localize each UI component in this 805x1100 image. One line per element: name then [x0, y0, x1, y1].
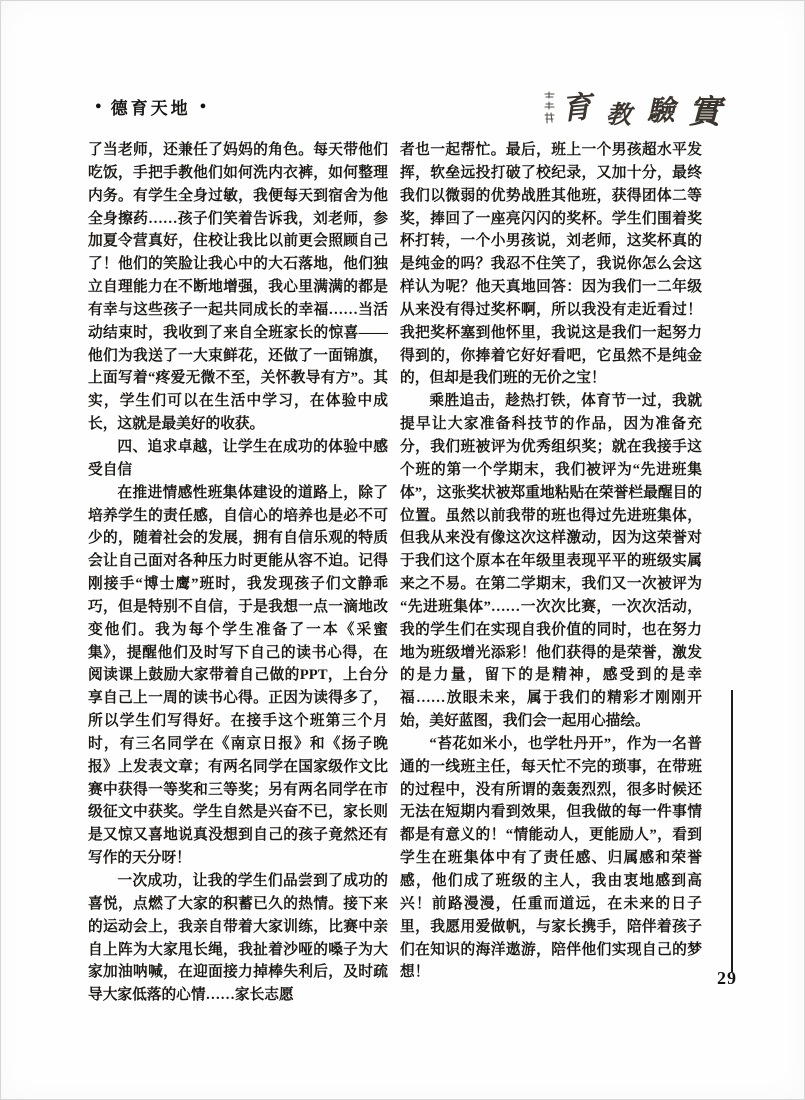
body-paragraph: 乘胜追击，趁热打铁，体育节一过，我就提早让大家准备科技节的作品，因为准备充分，我… — [400, 390, 702, 733]
body-paragraph: 了当老师，还兼任了妈妈的角色。每天带他们吃饭，手把手教他们如何洗内衣裤，如何整理… — [88, 139, 388, 436]
margin-divider-line — [731, 690, 733, 972]
body-paragraph: “苔花如米小，也学牡丹开”，作为一名普通的一线班主任，每天忙不完的琐事，在带班的… — [400, 733, 702, 984]
logo-calligraphy-char: 實 — [688, 97, 722, 131]
page-number: 29 — [717, 968, 737, 989]
body-paragraph: 在推进情感性班集体建设的道路上，除了培养学生的责任感，自信心的培养也是必不可少的… — [88, 482, 388, 870]
logo-calligraphy-char: 教 — [605, 102, 631, 128]
scanned-journal-page: ● 德育天地 ● 育 教 驗 實 了当老师，还兼任了妈妈的角色。每天带他们吃饭，… — [0, 0, 805, 1100]
logo-calligraphy-char: 驗 — [646, 98, 675, 127]
text-column-right: 者也一起帮忙。最后，班上一个男孩超水平发挥，软垒远投打破了校纪录，又加十分，最终… — [400, 139, 702, 984]
journal-logo: 育 教 驗 實 — [543, 76, 723, 130]
text-column-left: 了当老师，还兼任了妈妈的角色。每天带他们吃饭，手把手教他们如何洗内衣裤，如何整理… — [88, 139, 388, 1007]
bullet-icon: ● — [95, 100, 102, 112]
section-heading: 四、追求卓越，让学生在成功的体验中感受自信 — [88, 436, 388, 482]
section-label: ● 德育天地 ● — [95, 94, 206, 119]
body-paragraph: 者也一起帮忙。最后，班上一个男孩超水平发挥，软垒远投打破了校纪录，又加十分，最终… — [400, 139, 702, 390]
bullet-icon: ● — [200, 100, 207, 112]
section-title: 德育天地 — [111, 94, 191, 119]
calligrapher-signature-mark — [543, 91, 556, 130]
logo-calligraphy-char: 育 — [560, 93, 593, 126]
body-paragraph: 一次成功，让我的学生们品尝到了成功的喜悦，点燃了大家的积蓄已久的热情。接下来的运… — [88, 870, 388, 1007]
